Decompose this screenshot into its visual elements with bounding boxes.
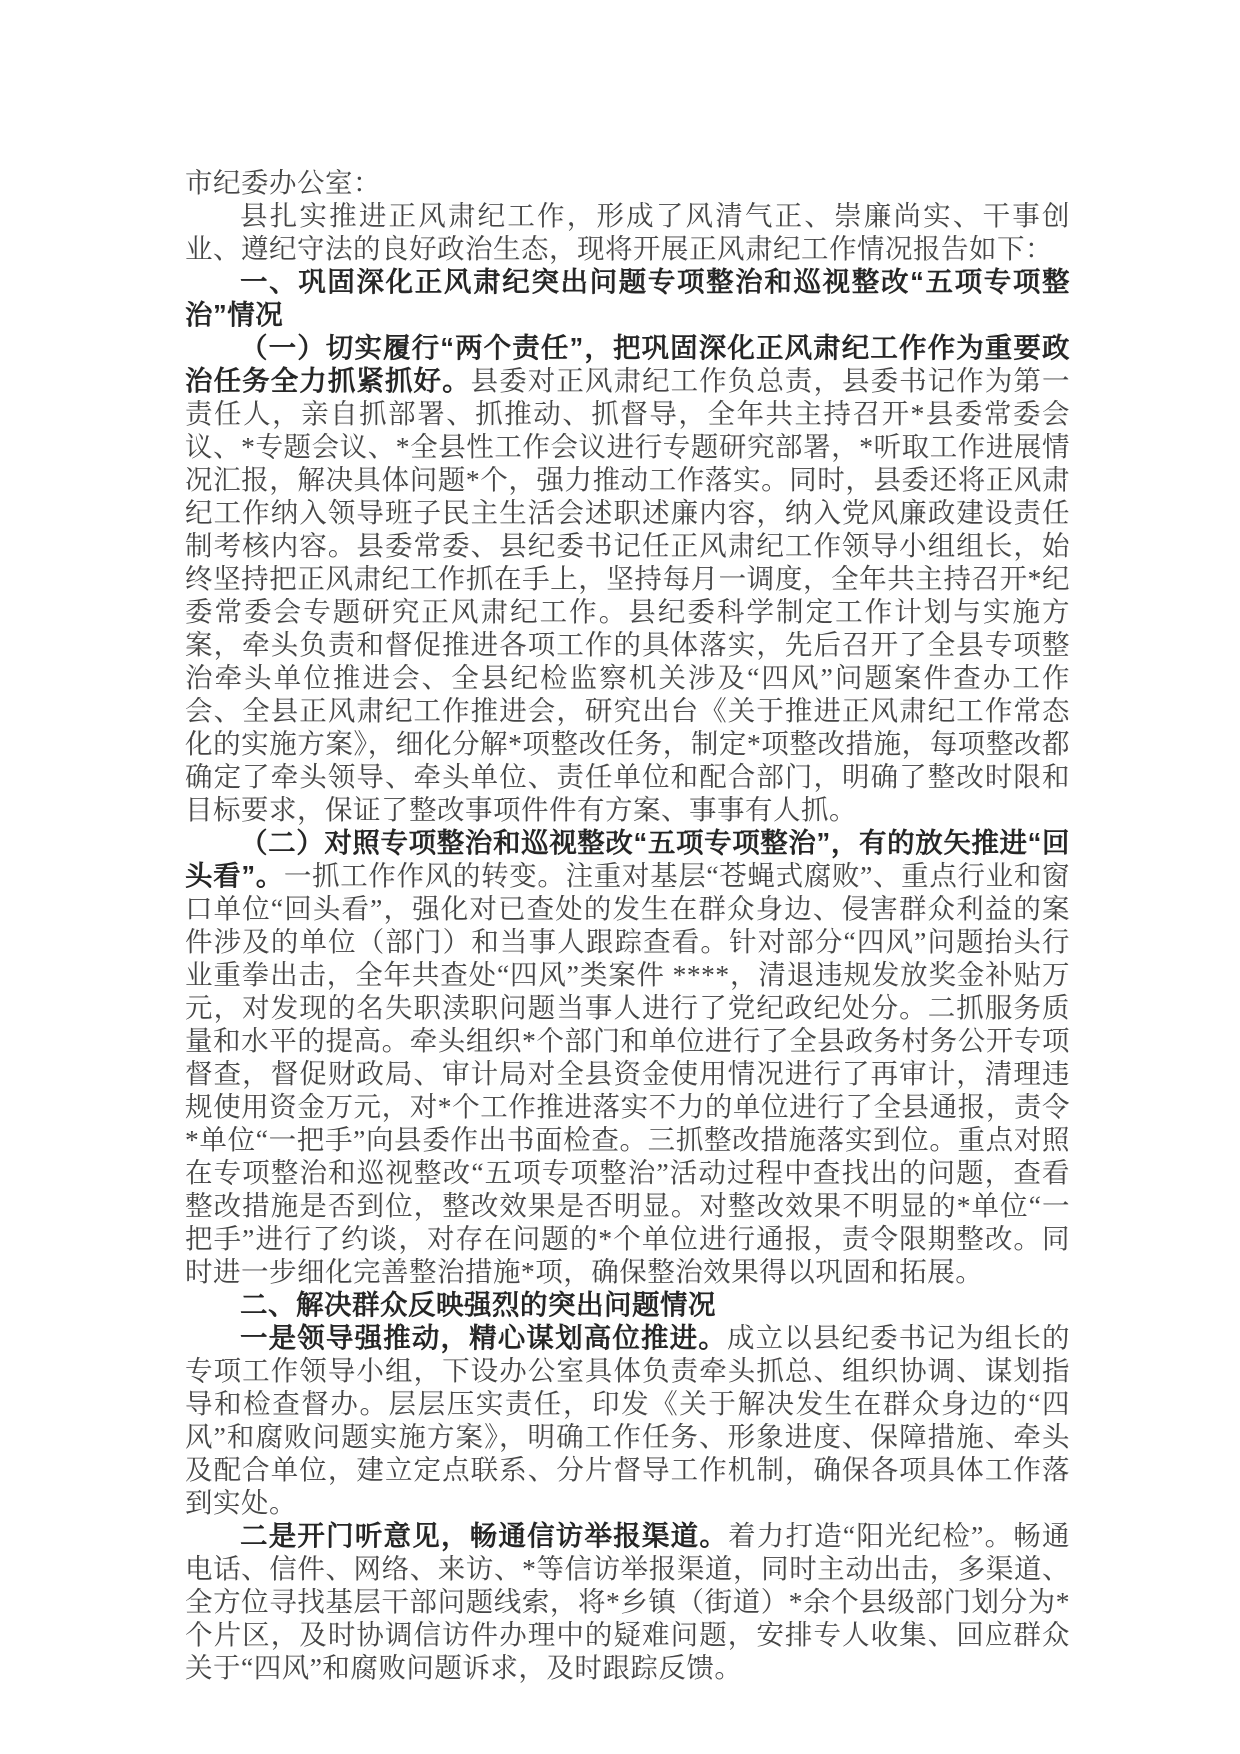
section-2-1-paragraph: 一是领导强推动，精心谋划高位推进。成立以县纪委书记为组长的专项工作领导小组，下设… <box>185 1321 1070 1519</box>
salutation-paragraph: 市纪委办公室： <box>185 166 1070 199</box>
section-2-1-lead: 一是领导强推动，精心谋划高位推进。 <box>240 1322 727 1353</box>
section-2-2-lead: 二是开门听意见，畅通信访举报渠道。 <box>240 1520 728 1551</box>
salutation-text: 市纪委办公室： <box>185 167 381 198</box>
section-1-2-body: 一抓工作作风的转变。注重对基层“苍蝇式腐败”、重点行业和窗口单位“回头看”，强化… <box>185 860 1070 1287</box>
section-1-1-paragraph: （一）切实履行“两个责任”，把巩固深化正风肃纪工作作为重要政治任务全力抓紧抓好。… <box>185 331 1070 826</box>
intro-text: 县扎实推进正风肃纪工作，形成了风清气正、崇廉尚实、干事创业、遵纪守法的良好政治生… <box>185 200 1070 264</box>
section-2-heading: 二、解决群众反映强烈的突出问题情况 <box>185 1288 1070 1321</box>
section-1-1-body: 县委对正风肃纪工作负总责，县委书记作为第一责任人，亲自抓部署、抓推动、抓督导，全… <box>185 365 1070 825</box>
intro-paragraph: 县扎实推进正风肃纪工作，形成了风清气正、崇廉尚实、干事创业、遵纪守法的良好政治生… <box>185 199 1070 265</box>
section-2-heading-text: 二、解决群众反映强烈的突出问题情况 <box>240 1289 716 1320</box>
section-1-2-paragraph: （二）对照专项整治和巡视整改“五项专项整治”，有的放矢推进“回头看”。一抓工作作… <box>185 826 1070 1288</box>
document-page: 市纪委办公室： 县扎实推进正风肃纪工作，形成了风清气正、崇廉尚实、干事创业、遵纪… <box>0 0 1240 1754</box>
section-1-heading: 一、巩固深化正风肃纪突出问题专项整治和巡视整改“五项专项整治”情况 <box>185 265 1070 331</box>
section-2-2-paragraph: 二是开门听意见，畅通信访举报渠道。着力打造“阳光纪检”。畅通电话、信件、网络、来… <box>185 1519 1070 1684</box>
section-1-heading-text: 一、巩固深化正风肃纪突出问题专项整治和巡视整改“五项专项整治”情况 <box>185 266 1070 330</box>
